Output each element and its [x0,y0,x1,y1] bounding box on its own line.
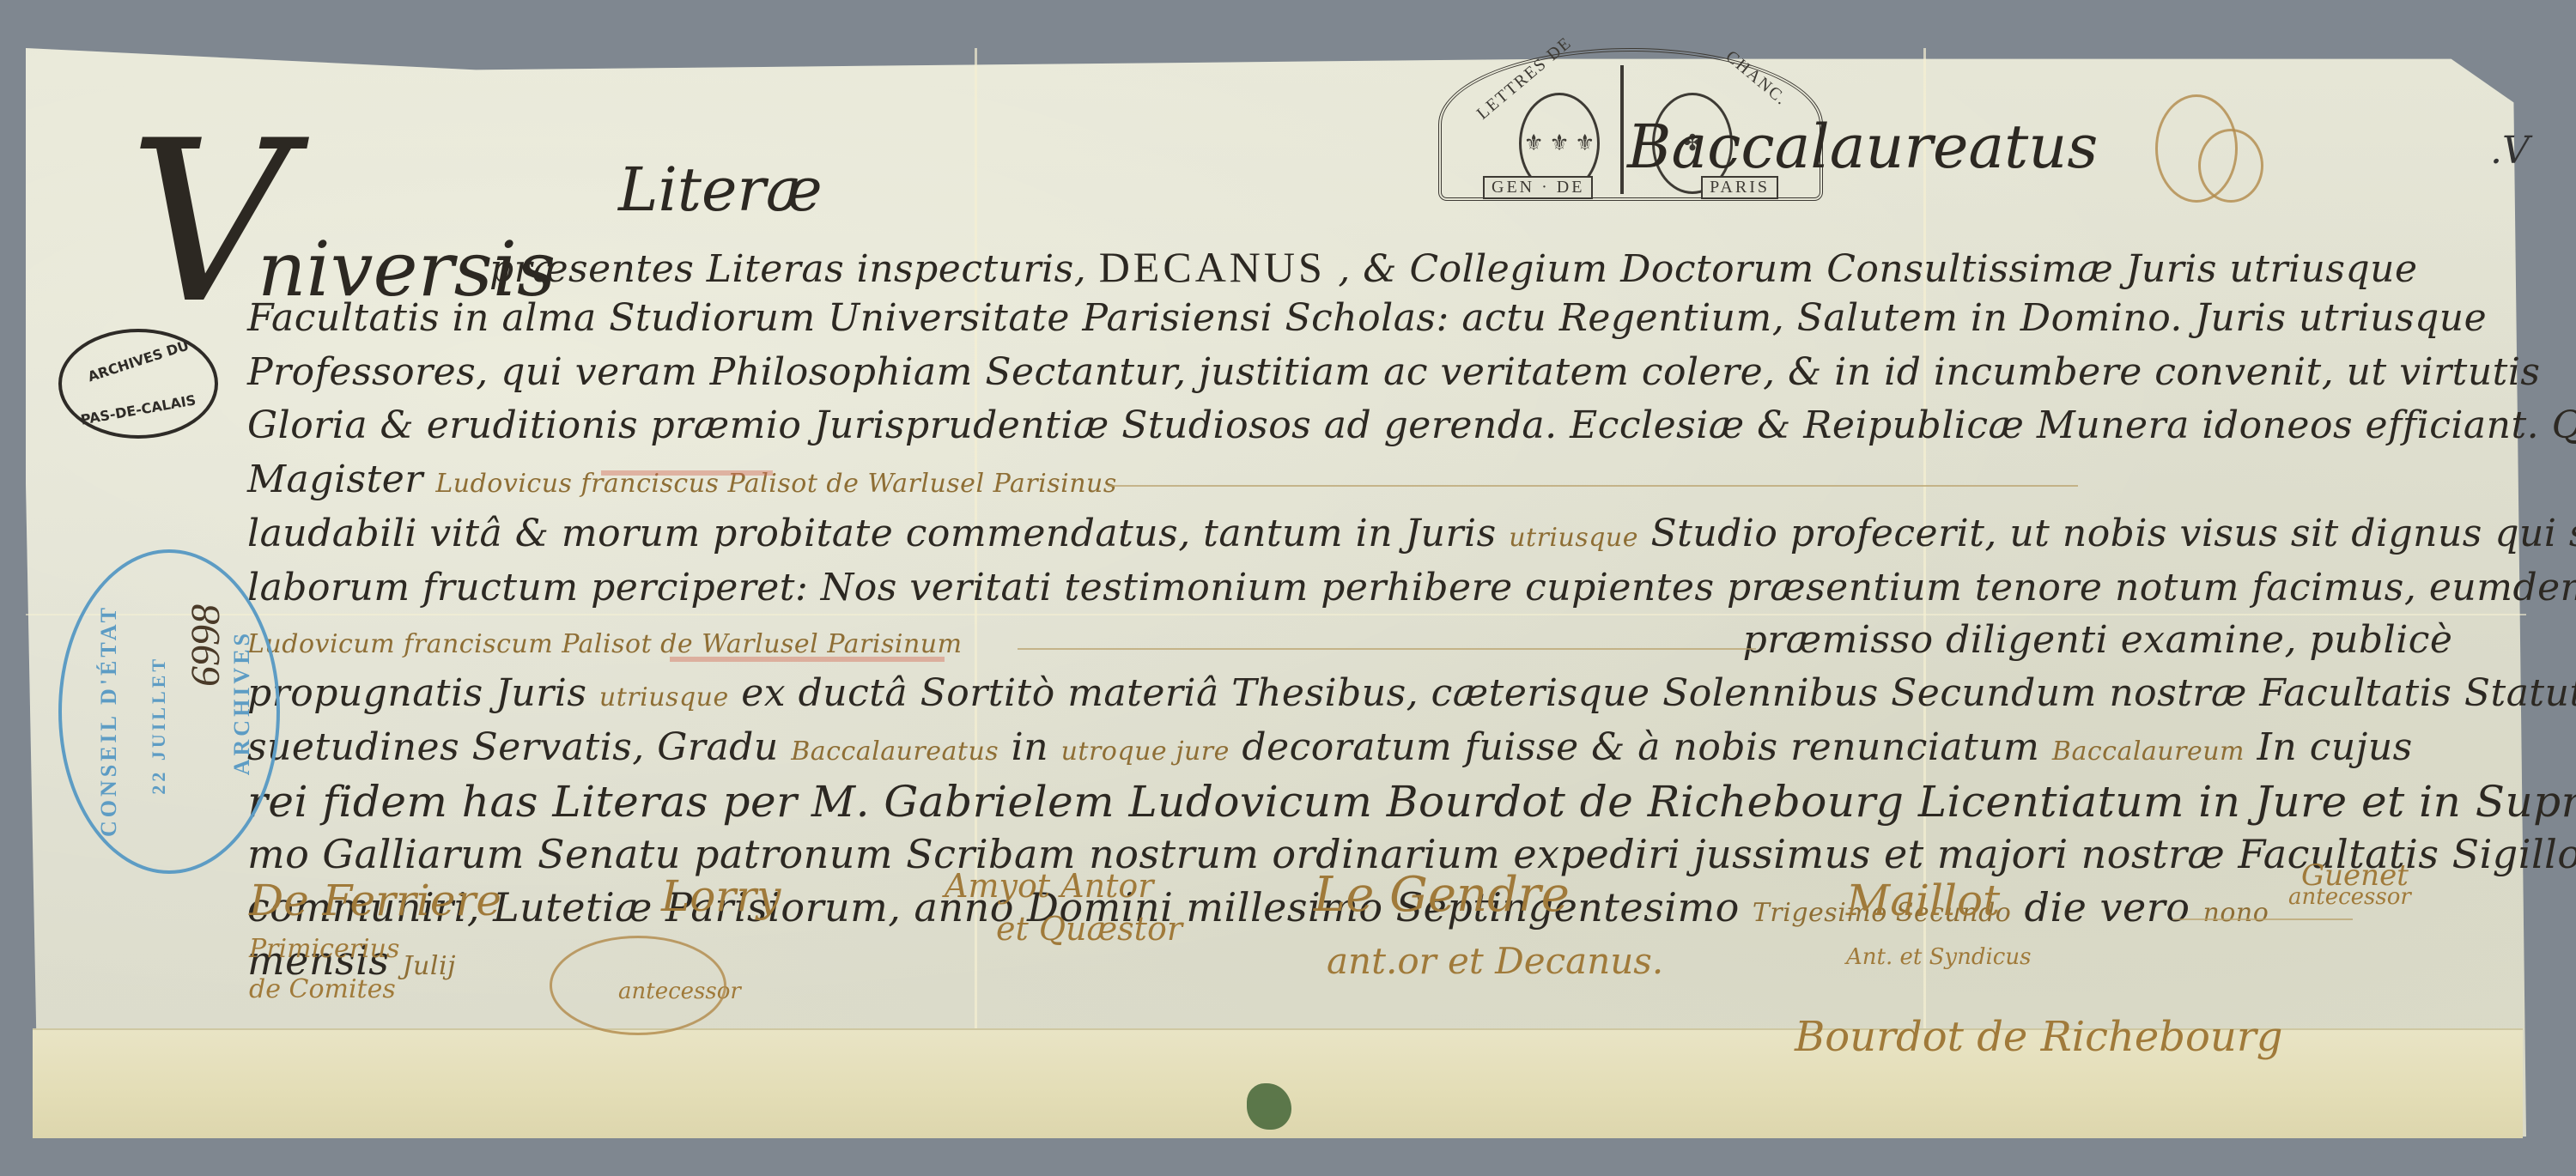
text-line-11: rei fidem has Literas per M. Gabrielem L… [247,777,2576,827]
text-line-2: Facultatis in alma Studiorum Universitat… [247,296,2487,340]
text-segment: , & Collegium Doctorum Consultissimæ Jur… [1338,247,2417,291]
signature-amyot: Amyot Antor [945,867,1153,905]
signature-lorry: Lorry [661,871,781,921]
signature-flourish [550,936,726,1035]
signature-maillot: Maillot [1846,876,2000,925]
handwritten-fill: Baccalaureum [2052,737,2245,767]
signature-le-gendre: Le Gendre [1314,867,1570,923]
stamp-text: ARCHIVES DU [71,332,205,390]
text-segment: præsentes Literas inspecturis, [489,247,1086,291]
text-line-10: suetudines Servatis, Gradu Baccalaureatu… [247,725,2413,769]
handwritten-fill-month: Julij [403,951,456,981]
stamp-text: ARCHIVES [229,630,255,775]
decanus-caps: DECANUS [1099,243,1326,291]
signature-title: antecessor [2288,884,2411,910]
corner-mark: .V [2490,129,2530,173]
text-line-8: Ludovicum franciscum Palisot de Warlusel… [247,618,2452,662]
signature-title: de Comites [249,974,396,1004]
text-line-9: propugnatis Juris utriusque ex ductâ Sor… [247,671,2576,715]
conseil-d-etat-stamp: CONSEIL D'ÉTAT 22 JUILLET 6998 ARCHIVES [58,549,280,874]
text-segment: in [1012,725,1048,769]
handwritten-fill-name: Ludovicum franciscum Palisot de Warlusel… [247,629,963,659]
stamp-text: 22 JUILLET [148,656,170,795]
seal-band-left: GEN · DE [1483,176,1593,199]
text-line-7: laborum fructum perciperet: Nos veritati… [247,566,2576,609]
signature-title: Primicerius [249,934,399,964]
caduceus-icon [1620,65,1624,194]
stamp-text: PAS-DE-CALAIS [70,390,207,429]
text-line-1: præsentes Literas inspecturis, DECANUS ,… [489,242,2418,292]
handwritten-fill-day: nono [2203,898,2269,928]
stamp-handwritten-number: 6998 [182,604,229,687]
handwritten-fill: Baccalaureatus [791,737,999,767]
text-line-4: Gloria & eruditionis præmio Jurisprudent… [247,403,2576,447]
text-segment: ex ductâ Sortitò materiâ Thesibus, cæter… [741,671,2576,715]
text-line-3: Professores, qui veram Philosophiam Sect… [247,350,2541,394]
signature-title: Ant. et Syndicus [1846,944,2031,970]
red-pencil-mark [601,470,773,476]
fold-line-horizontal [26,614,2526,615]
seal-arc-right: CHANC. [1722,47,1791,111]
text-segment: Magister [247,458,423,501]
text-segment: In cujus [2257,725,2413,769]
signature-title: ant.or et Decanus. [1327,940,1663,982]
signature-de-ferriere: De Ferriere [249,876,501,925]
signature-bourdot-de-richebourg: Bourdot de Richebourg [1795,1013,2283,1061]
text-segment: suetudines Servatis, Gradu [247,725,779,769]
title-baccalaureatus: Baccalaureatus [1627,112,2098,182]
handwritten-fill-name: Ludovicus franciscus Palisot de Warlusel… [435,469,1116,499]
guide-rule [1108,485,2078,487]
handwritten-fill: utriusque [1509,523,1638,553]
text-segment: Studio profecerit, ut nobis visus sit di… [1651,512,2576,555]
paraph-flourish [2198,129,2263,203]
handwritten-fill: utriusque [599,682,729,712]
archives-pas-de-calais-stamp: ARCHIVES DU PAS-DE-CALAIS [58,329,218,439]
signature-title: et Quæstor [996,910,1182,948]
text-segment: die vero [2025,884,2190,930]
guide-rule [1018,648,1756,650]
guide-rule [2172,918,2353,920]
text-segment: propugnatis Juris [247,671,586,715]
text-segment: decoratum fuisse & à nobis renunciatum [1242,725,2039,769]
red-pencil-mark [670,657,945,662]
handwritten-fill: utroque jure [1061,737,1230,767]
text-line-5: Magister Ludovicus franciscus Palisot de… [247,458,1117,501]
title-literae: Literæ [618,155,823,225]
text-segment: præmisso diligenti examine, publicè [1743,618,2453,662]
text-segment: laudabili vitâ & morum probitate commend… [247,512,1497,555]
stamp-text: CONSEIL D'ÉTAT [96,604,122,837]
text-line-6: laudabili vitâ & morum probitate commend… [247,512,2576,555]
